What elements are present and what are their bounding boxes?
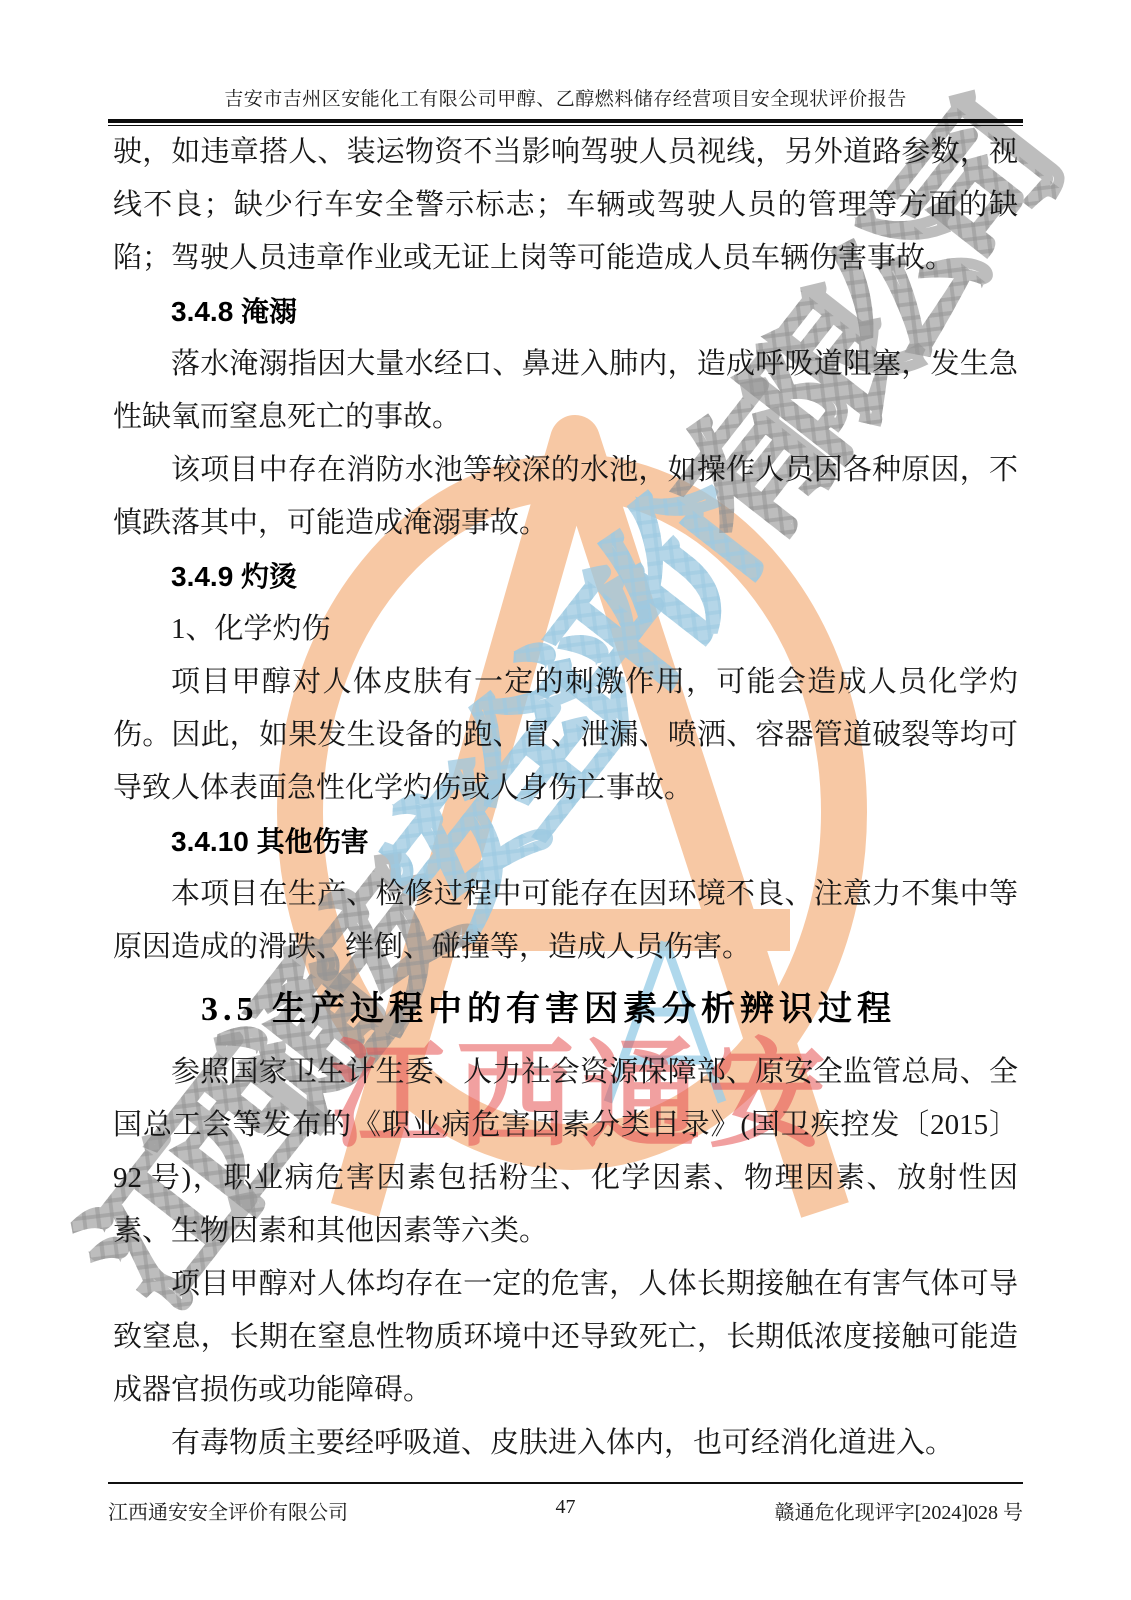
paragraph: 项目甲醇对人体均存在一定的危害，人体长期接触在有害气体可导致窒息，长期在窒息性物… xyxy=(113,1258,1018,1417)
paragraph: 本项目在生产、检修过程中可能存在因环境不良、注意力不集中等原因造成的滑跌、绊倒、… xyxy=(113,868,1018,974)
header-rule-thick xyxy=(108,119,1023,123)
page-footer: 江西通安安全评价有限公司 47 赣通危化现评字[2024]028 号 xyxy=(108,1482,1023,1525)
footer-doc-number: 赣通危化现评字[2024]028 号 xyxy=(775,1496,1023,1525)
footer-company: 江西通安安全评价有限公司 xyxy=(108,1496,348,1525)
paragraph: 参照国家卫生计生委、人力社会资源保障部、原安全监管总局、全国总工会等发布的《职业… xyxy=(113,1046,1018,1258)
paragraph: 落水淹溺指因大量水经口、鼻进入肺内，造成呼吸道阻塞，发生急性缺氧而窒息死亡的事故… xyxy=(113,338,1018,444)
section-heading: 3.4.10 其他伤害 xyxy=(113,815,1018,868)
page-header: 吉安市吉州区安能化工有限公司甲醇、乙醇燃料储存经营项目安全现状评价报告 xyxy=(108,84,1023,126)
paragraph: 该项目中存在消防水池等较深的水池，如操作人员因各种原因，不慎跌落其中，可能造成淹… xyxy=(113,444,1018,550)
report-title: 吉安市吉州区安能化工有限公司甲醇、乙醇燃料储存经营项目安全现状评价报告 xyxy=(108,84,1023,111)
paragraph: 1、化学灼伤 xyxy=(113,603,1018,656)
page-number: 47 xyxy=(556,1496,576,1519)
paragraph: 项目甲醇对人体皮肤有一定的刺激作用，可能会造成人员化学灼伤。因此，如果发生设备的… xyxy=(113,656,1018,815)
report-page: 江西通安安全评价有限公司 江西通安 吉安市吉州区安能化工有限公司甲醇、乙醇燃料储… xyxy=(0,0,1131,1600)
paragraph: 有毒物质主要经呼吸道、皮肤进入体内，也可经消化道进入。 xyxy=(113,1417,1018,1470)
section-heading: 3.4.9 灼烫 xyxy=(113,550,1018,603)
document-body: 驶，如违章搭人、装运物资不当影响驾驶人员视线，另外道路参数，视线不良；缺少行车安… xyxy=(113,126,1018,1470)
paragraph: 驶，如违章搭人、装运物资不当影响驾驶人员视线，另外道路参数，视线不良；缺少行车安… xyxy=(113,126,1018,285)
section-heading: 3.5 生产过程中的有害因素分析辨识过程 xyxy=(113,976,1018,1044)
section-heading: 3.4.8 淹溺 xyxy=(113,285,1018,338)
footer-rule xyxy=(108,1482,1023,1484)
